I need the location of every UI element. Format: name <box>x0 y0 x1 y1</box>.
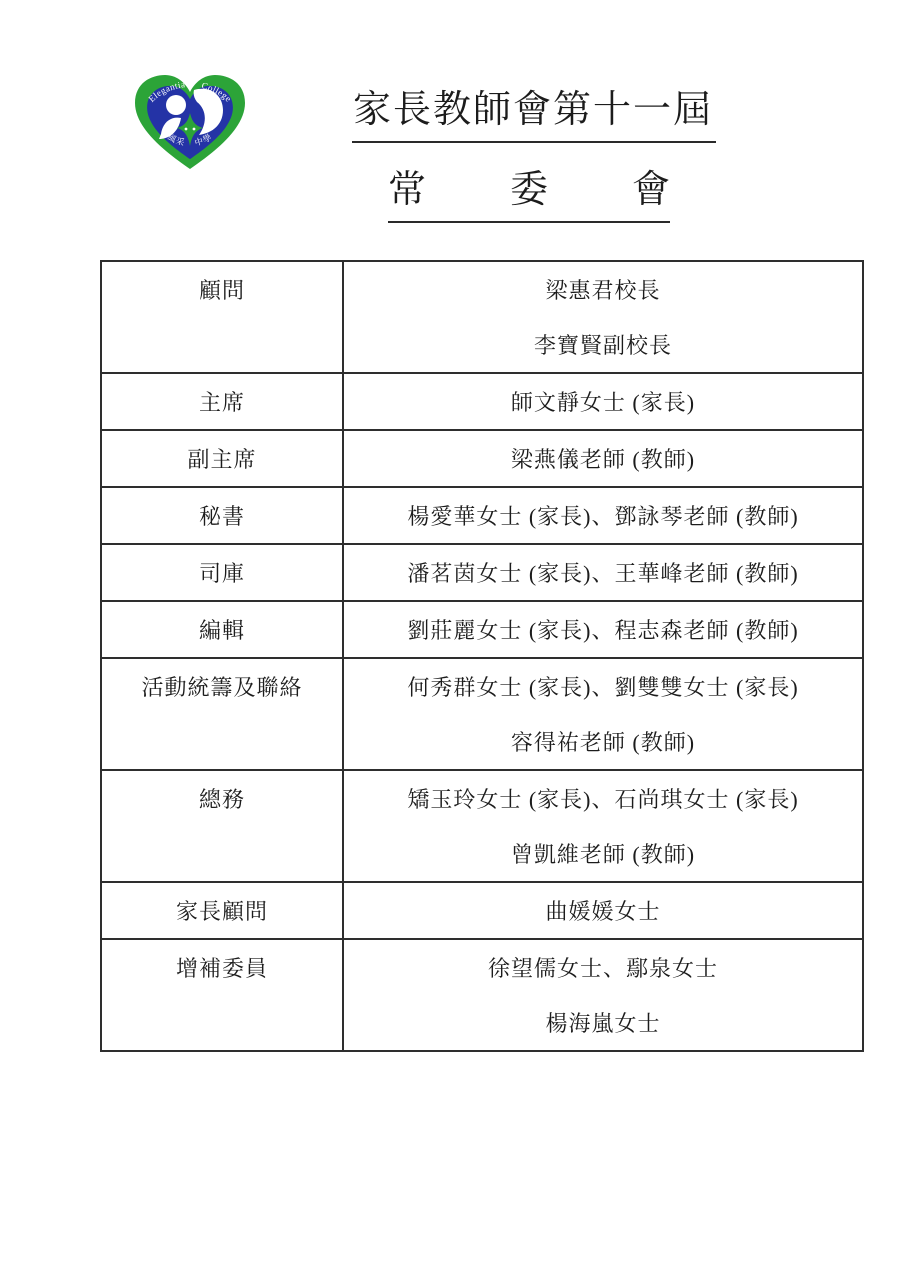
member-line: 李寶賢副校長 <box>344 317 862 372</box>
member-line: 曾凱維老師 (教師) <box>344 826 862 881</box>
member-line: 潘茗茵女士 (家長)、王華峰老師 (教師) <box>344 545 862 600</box>
members-cell: 梁燕儀老師 (教師) <box>343 430 863 487</box>
members-cell: 曲媛媛女士 <box>343 882 863 939</box>
role-label: 編輯 <box>102 602 342 657</box>
table-row: 家長顧問 曲媛媛女士 <box>101 882 863 939</box>
member-line: 梁燕儀老師 (教師) <box>344 431 862 486</box>
role-label: 顧問 <box>102 262 342 317</box>
members-cell: 矯玉玲女士 (家長)、石尚琪女士 (家長) 曾凱維老師 (教師) <box>343 770 863 882</box>
member-line: 曲媛媛女士 <box>344 883 862 938</box>
member-line: 楊海嵐女士 <box>344 995 862 1050</box>
committee-table-body: 顧問 梁惠君校長 李寶賢副校長 主席 師文靜女士 (家長) 副主席 <box>101 261 863 1051</box>
members-cell: 潘茗茵女士 (家長)、王華峰老師 (教師) <box>343 544 863 601</box>
table-row: 顧問 梁惠君校長 李寶賢副校長 <box>101 261 863 373</box>
members-cell: 何秀群女士 (家長)、劉雙雙女士 (家長) 容得祐老師 (教師) <box>343 658 863 770</box>
role-cell: 秘書 <box>101 487 343 544</box>
role-label: 副主席 <box>102 431 342 486</box>
member-line: 楊愛華女士 (家長)、鄧詠琴老師 (教師) <box>344 488 862 543</box>
members-cell: 梁惠君校長 李寶賢副校長 <box>343 261 863 373</box>
member-line: 容得祐老師 (教師) <box>344 714 862 769</box>
role-label: 增補委員 <box>102 940 342 995</box>
role-label: 司庫 <box>102 545 342 600</box>
members-cell: 徐望儒女士、鄢泉女士 楊海嵐女士 <box>343 939 863 1051</box>
role-cell: 總務 <box>101 770 343 882</box>
committee-table: 顧問 梁惠君校長 李寶賢副校長 主席 師文靜女士 (家長) 副主席 <box>100 260 864 1052</box>
table-row: 司庫 潘茗茵女士 (家長)、王華峰老師 (教師) <box>101 544 863 601</box>
role-label: 家長顧問 <box>102 883 342 938</box>
role-cell: 副主席 <box>101 430 343 487</box>
member-line: 矯玉玲女士 (家長)、石尚琪女士 (家長) <box>344 771 862 826</box>
table-row: 編輯 劉莊麗女士 (家長)、程志森老師 (教師) <box>101 601 863 658</box>
school-logo-icon: Elegantia College 風采 中學 <box>130 72 250 176</box>
role-cell: 家長顧問 <box>101 882 343 939</box>
table-row: 總務 矯玉玲女士 (家長)、石尚琪女士 (家長) 曾凱維老師 (教師) <box>101 770 863 882</box>
figure-head <box>166 95 186 115</box>
role-label: 秘書 <box>102 488 342 543</box>
role-cell: 活動統籌及聯絡 <box>101 658 343 770</box>
page-subtitle: 常 委 會 <box>388 170 670 223</box>
table-row: 主席 師文靜女士 (家長) <box>101 373 863 430</box>
role-label: 活動統籌及聯絡 <box>102 659 342 714</box>
role-label: 總務 <box>102 771 342 826</box>
table-row: 秘書 楊愛華女士 (家長)、鄧詠琴老師 (教師) <box>101 487 863 544</box>
document-page: Elegantia College 風采 中學 家長教師會第十一屆 常 委 會 … <box>0 0 905 1280</box>
subtitle-char: 常 <box>388 170 426 212</box>
table-row: 活動統籌及聯絡 何秀群女士 (家長)、劉雙雙女士 (家長) 容得祐老師 (教師) <box>101 658 863 770</box>
role-label: 主席 <box>102 374 342 429</box>
role-cell: 司庫 <box>101 544 343 601</box>
subtitle-char: 會 <box>632 170 670 212</box>
member-line: 師文靜女士 (家長) <box>344 374 862 429</box>
member-line: 梁惠君校長 <box>344 262 862 317</box>
member-line: 何秀群女士 (家長)、劉雙雙女士 (家長) <box>344 659 862 714</box>
member-line: 劉莊麗女士 (家長)、程志森老師 (教師) <box>344 602 862 657</box>
role-cell: 增補委員 <box>101 939 343 1051</box>
table-row: 副主席 梁燕儀老師 (教師) <box>101 430 863 487</box>
members-cell: 劉莊麗女士 (家長)、程志森老師 (教師) <box>343 601 863 658</box>
member-line: 徐望儒女士、鄢泉女士 <box>344 940 862 995</box>
table-row: 增補委員 徐望儒女士、鄢泉女士 楊海嵐女士 <box>101 939 863 1051</box>
members-cell: 楊愛華女士 (家長)、鄧詠琴老師 (教師) <box>343 487 863 544</box>
role-cell: 編輯 <box>101 601 343 658</box>
page-title: 家長教師會第十一屆 <box>352 90 716 143</box>
sprout-dot <box>185 128 188 131</box>
sprout-dot <box>193 128 196 131</box>
role-cell: 主席 <box>101 373 343 430</box>
role-cell: 顧問 <box>101 261 343 373</box>
subtitle-char: 委 <box>510 170 548 212</box>
members-cell: 師文靜女士 (家長) <box>343 373 863 430</box>
